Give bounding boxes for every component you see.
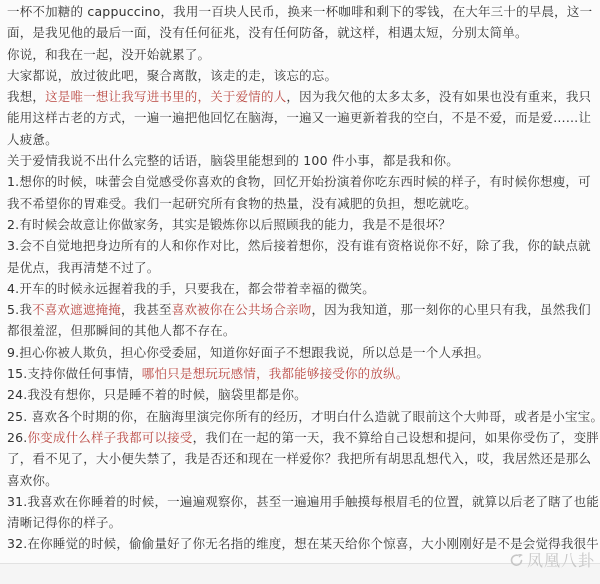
highlighted-text-segment: 喜欢被你在公共场合亲吻 [172, 302, 312, 317]
phoenix-logo-icon [508, 552, 524, 568]
text-segment: 1.想你的时候，味蕾会自觉感受你喜欢的食物，回忆开始扮演着你吃东西时候的样子，有… [7, 174, 591, 189]
text-segment: 喜欢你。 [7, 473, 58, 488]
text-segment: 面，是我见他的最后一面，没有任何征兆，没有任何防备，就这样，相遇太短，分别太简单… [7, 25, 528, 40]
text-segment: 4.开车的时候永远握着我的手，只要我在，都会带着幸福的微笑。 [7, 281, 375, 296]
article-text: 一杯不加糖的 cappuccino，我用一百块人民币，换来一杯咖啡和剩下的零钱，… [7, 1, 598, 555]
text-segment: 能用这样古老的方式，一遍一遍把他回忆在脑海，一遍又一遍更新着我的空白，不是不爱，… [7, 110, 591, 125]
text-segment: ，因为我知道，那一刻你的心里只有我，虽然我们 [311, 302, 590, 317]
text-line: 大家都说，放过彼此吧，聚合离散，该走的走，该忘的忘。 [7, 65, 598, 86]
text-segment: 5.我 [7, 302, 32, 317]
text-line: 你说，和我在一起，没开始就累了。 [7, 44, 598, 65]
text-line: 面，是我见他的最后一面，没有任何征兆，没有任何防备，就这样，相遇太短，分别太简单… [7, 22, 598, 43]
text-segment: 了，看不见了，大小便失禁了，我是否还和现在一样爱你？我把所有胡思乱想代入，哎，我… [7, 451, 591, 466]
article-page: 一杯不加糖的 cappuccino，我用一百块人民币，换来一杯咖啡和剩下的零钱，… [0, 0, 600, 584]
text-line: 9.担心你被人欺负，担心你受委屈，知道你好面子不想跟我说，所以总是一个人承担。 [7, 342, 598, 363]
highlighted-text-segment: 哪怕只是想玩玩感情，我都能够接受你的放纵。 [142, 366, 409, 381]
text-segment: ，我甚至 [121, 302, 172, 317]
highlighted-text-segment: 你变成什么样子我都可以接受 [27, 430, 192, 445]
text-segment: 2.有时候会故意让你做家务，其实是锻炼你以后照顾我的能力，我是不是很坏？ [7, 217, 451, 232]
text-segment: 我不希望你的胃难受。我们一起研究所有食物的热量，没有减肥的负担，想吃就吃。 [7, 196, 477, 211]
text-segment: ，因为我欠他的太多太多，没有如果也没有重来，我只 [286, 89, 591, 104]
text-segment: 3.会不自觉地把身边所有的人和你作对比，然后接着想你，没有谁有资格说你不好，除了… [7, 238, 591, 253]
text-line: 一杯不加糖的 cappuccino，我用一百块人民币，换来一杯咖啡和剩下的零钱，… [7, 1, 598, 22]
watermark: 凤凰八卦 [508, 548, 595, 571]
text-line: 2.有时候会故意让你做家务，其实是锻炼你以后照顾我的能力，我是不是很坏？ [7, 214, 598, 235]
text-line: 是优点，我再清楚不过了。 [7, 257, 598, 278]
text-segment: 人疲惫。 [7, 132, 58, 147]
text-line: 24.我没有想你，只是睡不着的时候，脑袋里都是你。 [7, 384, 598, 405]
text-segment: 你说，和我在一起，没开始就累了。 [7, 47, 210, 62]
text-line: 3.会不自觉地把身边所有的人和你作对比，然后接着想你，没有谁有资格说你不好，除了… [7, 235, 598, 256]
text-segment: 31.我喜欢在你睡着的时候，一遍遍观察你，甚至一遍遍用手触摸每根眉毛的位置，就算… [7, 494, 598, 509]
text-line: 4.开车的时候永远握着我的手，只要我在，都会带着幸福的微笑。 [7, 278, 598, 299]
text-segment: 清晰记得你的样子。 [7, 515, 121, 530]
text-line: 我不希望你的胃难受。我们一起研究所有食物的热量，没有减肥的负担，想吃就吃。 [7, 193, 598, 214]
text-line: 25. 喜欢各个时期的你，在脑海里演完你所有的经历，才明白什么造就了眼前这个大帅… [7, 406, 598, 427]
text-segment: 都很羞涩，但那瞬间的其他人都不存在。 [7, 323, 236, 338]
text-segment: 15.支持你做任何事情， [7, 366, 142, 381]
text-line: 15.支持你做任何事情，哪怕只是想玩玩感情，我都能够接受你的放纵。 [7, 363, 598, 384]
text-line: 了，看不见了，大小便失禁了，我是否还和现在一样爱你？我把所有胡思乱想代入，哎，我… [7, 448, 598, 469]
highlighted-text-segment: 不喜欢遮遮掩掩 [32, 302, 121, 317]
text-line: 我想，这是唯一想让我写进书里的，关于爱情的人，因为我欠他的太多太多，没有如果也没… [7, 86, 598, 107]
highlighted-text-segment: 这是唯一想让我写进书里的，关于爱情的人 [45, 89, 286, 104]
text-segment: ，我们在一起的第一天，我不算给自己设想和提问，如果你受伤了，变胖 [193, 430, 598, 445]
text-line: 26.你变成什么样子我都可以接受，我们在一起的第一天，我不算给自己设想和提问，如… [7, 427, 598, 448]
text-line: 清晰记得你的样子。 [7, 512, 598, 533]
text-line: 关于爱情我说不出什么完整的话语，脑袋里能想到的 100 件小事，都是我和你。 [7, 150, 598, 171]
text-segment: 我想， [7, 89, 45, 104]
text-line: 人疲惫。 [7, 129, 598, 150]
text-line: 1.想你的时候，味蕾会自觉感受你喜欢的食物，回忆开始扮演着你吃东西时候的样子，有… [7, 171, 598, 192]
text-segment: 关于爱情我说不出什么完整的话语，脑袋里能想到的 100 件小事，都是我和你。 [7, 153, 459, 168]
text-line: 喜欢你。 [7, 470, 598, 491]
watermark-text: 凤凰八卦 [527, 548, 595, 571]
text-segment: 一杯不加糖的 cappuccino，我用一百块人民币，换来一杯咖啡和剩下的零钱，… [7, 4, 592, 19]
text-line: 能用这样古老的方式，一遍一遍把他回忆在脑海，一遍又一遍更新着我的空白，不是不爱，… [7, 107, 598, 128]
text-line: 5.我不喜欢遮遮掩掩，我甚至喜欢被你在公共场合亲吻，因为我知道，那一刻你的心里只… [7, 299, 598, 320]
text-segment: 24.我没有想你，只是睡不着的时候，脑袋里都是你。 [7, 387, 307, 402]
text-segment: 是优点，我再清楚不过了。 [7, 260, 159, 275]
text-segment: 25. 喜欢各个时期的你，在脑海里演完你所有的经历，才明白什么造就了眼前这个大帅… [7, 409, 598, 424]
text-segment: 大家都说，放过彼此吧，聚合离散，该走的走，该忘的忘。 [7, 68, 337, 83]
text-line: 31.我喜欢在你睡着的时候，一遍遍观察你，甚至一遍遍用手触摸每根眉毛的位置，就算… [7, 491, 598, 512]
text-segment: 9.担心你被人欺负，担心你受委屈，知道你好面子不想跟我说，所以总是一个人承担。 [7, 345, 489, 360]
text-segment: 26. [7, 430, 27, 445]
text-line: 都很羞涩，但那瞬间的其他人都不存在。 [7, 320, 598, 341]
